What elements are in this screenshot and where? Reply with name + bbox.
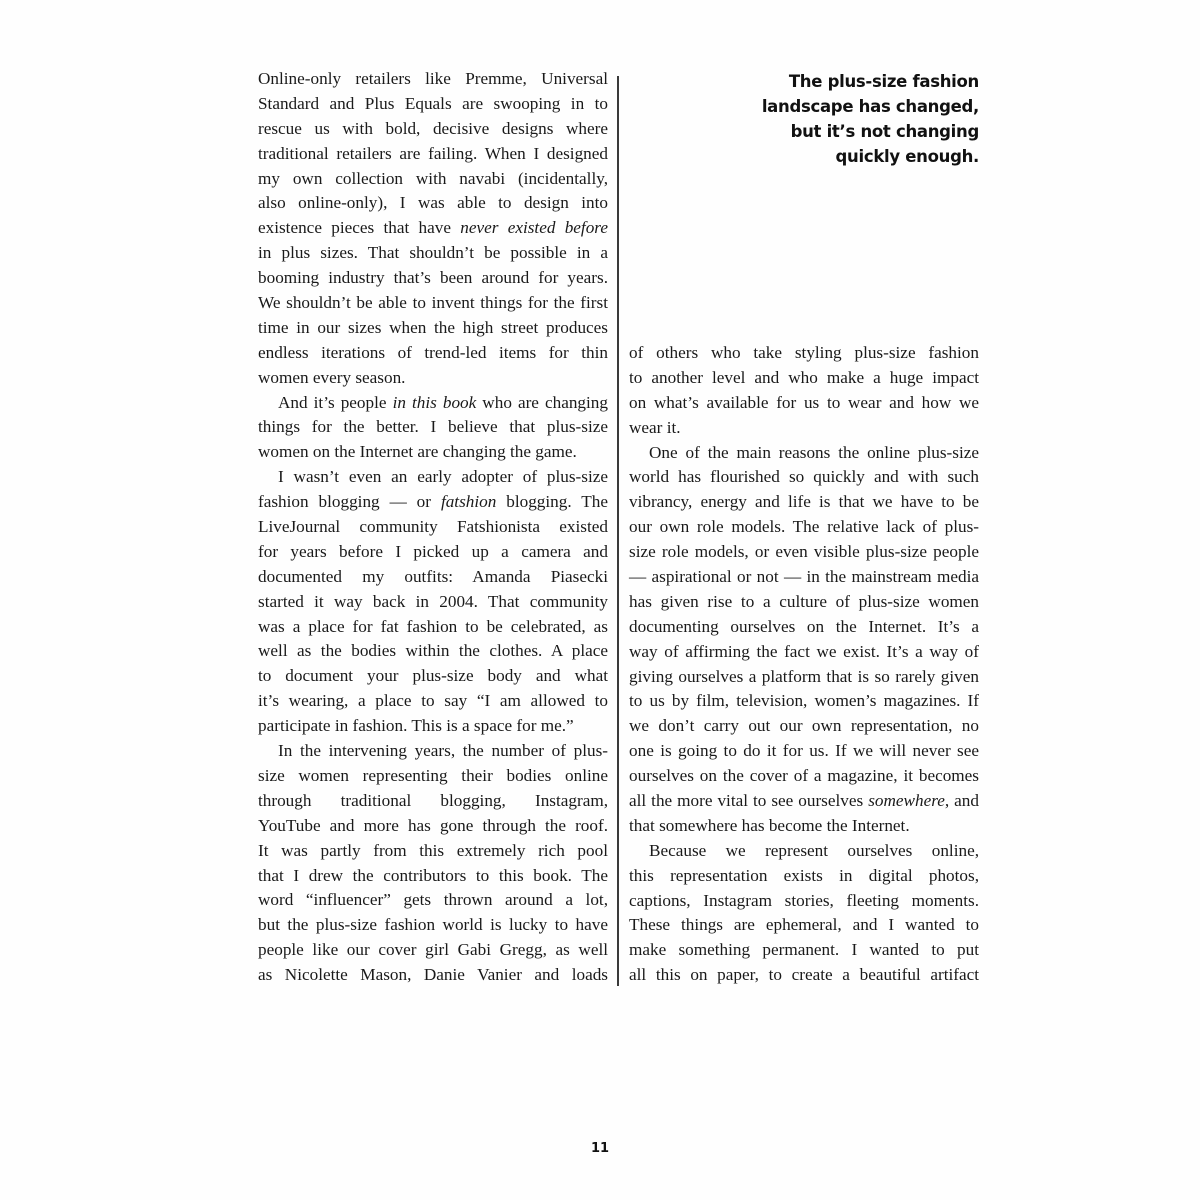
pull-quote-line: landscape has changed, xyxy=(719,94,979,119)
text-line: captions, Instagram stories, fleeting mo… xyxy=(629,889,979,914)
text-run: existence pieces that have xyxy=(258,218,460,237)
text-line: one is going to do it for us. If we will… xyxy=(629,739,979,764)
pull-quote: The plus-size fashion landscape has chan… xyxy=(719,69,979,169)
text-line: endless iterations of trend-led items fo… xyxy=(258,341,608,366)
text-line: fashion blogging — or fatshion blogging.… xyxy=(258,490,608,515)
text-line: it’s wearing, a place to say “I am allow… xyxy=(258,689,608,714)
text-line: Online-only retailers like Premme, Unive… xyxy=(258,67,608,92)
text-line: to us by film, television, women’s magaz… xyxy=(629,689,979,714)
text-line: also online-only), I was able to design … xyxy=(258,191,608,216)
text-line: We shouldn’t be able to invent things fo… xyxy=(258,291,608,316)
text-line: time in our sizes when the high street p… xyxy=(258,316,608,341)
pull-quote-line: The plus-size fashion xyxy=(719,69,979,94)
text-line: Because we represent ourselves online, xyxy=(629,839,979,864)
text-run: , and xyxy=(945,791,979,810)
text-line: world has flourished so quickly and with… xyxy=(629,465,979,490)
text-run: blogging. The xyxy=(496,492,608,511)
text-line: YouTube and more has gone through the ro… xyxy=(258,814,608,839)
text-line: I wasn’t even an early adopter of plus-s… xyxy=(258,465,608,490)
text-line: women every season. xyxy=(258,366,608,391)
text-line: way of affirming the fact we exist. It’s… xyxy=(629,640,979,665)
text-line: word “influencer” gets thrown around a l… xyxy=(258,888,608,913)
text-line: rescue us with bold, decisive designs wh… xyxy=(258,117,608,142)
text-line: existence pieces that have never existed… xyxy=(258,216,608,241)
italic-emphasis: fatshion xyxy=(441,492,496,511)
text-line: all the more vital to see ourselves some… xyxy=(629,789,979,814)
text-line: on what’s available for us to wear and h… xyxy=(629,391,979,416)
text-line: LiveJournal community Fatshionista exist… xyxy=(258,515,608,540)
text-line: things for the better. I believe that pl… xyxy=(258,415,608,440)
text-line: to document your plus-size body and what xyxy=(258,664,608,689)
text-run: all the more vital to see ourselves xyxy=(629,791,868,810)
text-line: vibrancy, energy and life is that we hav… xyxy=(629,490,979,515)
text-line: this representation exists in digital ph… xyxy=(629,864,979,889)
text-line: through traditional blogging, Instagram, xyxy=(258,789,608,814)
text-line: One of the main reasons the online plus-… xyxy=(629,441,979,466)
text-line: In the intervening years, the number of … xyxy=(258,739,608,764)
pull-quote-line: but it’s not changing xyxy=(719,119,979,144)
text-line: ourselves on the cover of a magazine, it… xyxy=(629,764,979,789)
text-line: well as the bodies within the clothes. A… xyxy=(258,639,608,664)
pull-quote-line: quickly enough. xyxy=(719,144,979,169)
text-line: people like our cover girl Gabi Gregg, a… xyxy=(258,938,608,963)
text-run: who are changing xyxy=(476,393,608,412)
text-run: And it’s people xyxy=(278,393,393,412)
text-line: started it way back in 2004. That commun… xyxy=(258,590,608,615)
text-line: has given rise to a culture of plus-size… xyxy=(629,590,979,615)
text-line: to another level and who make a huge imp… xyxy=(629,366,979,391)
text-run: fashion blogging — or xyxy=(258,492,441,511)
text-line: make something permanent. I wanted to pu… xyxy=(629,938,979,963)
text-line: These things are ephemeral, and I wanted… xyxy=(629,913,979,938)
text-line: documenting ourselves on the Internet. I… xyxy=(629,615,979,640)
text-line: that somewhere has become the Internet. xyxy=(629,814,979,839)
text-line: as Nicolette Mason, Danie Vanier and loa… xyxy=(258,963,608,988)
italic-emphasis: never existed before xyxy=(460,218,608,237)
text-line: size women representing their bodies onl… xyxy=(258,764,608,789)
right-text-column: of others who take styling plus-size fas… xyxy=(629,341,979,988)
column-divider-rule xyxy=(617,76,619,986)
text-line: traditional retailers are failing. When … xyxy=(258,142,608,167)
book-page: Online-only retailers like Premme, Unive… xyxy=(0,0,1200,1200)
text-line: documented my outfits: Amanda Piasecki xyxy=(258,565,608,590)
text-line: of others who take styling plus-size fas… xyxy=(629,341,979,366)
text-line: that I drew the contributors to this boo… xyxy=(258,864,608,889)
italic-emphasis: somewhere xyxy=(868,791,945,810)
text-line: booming industry that’s been around for … xyxy=(258,266,608,291)
text-line: all this on paper, to create a beautiful… xyxy=(629,963,979,988)
text-line: was a place for fat fashion to be celebr… xyxy=(258,615,608,640)
text-line: size role models, or even visible plus-s… xyxy=(629,540,979,565)
text-line: in plus sizes. That shouldn’t be possibl… xyxy=(258,241,608,266)
text-line: It was partly from this extremely rich p… xyxy=(258,839,608,864)
text-line: but the plus-size fashion world is lucky… xyxy=(258,913,608,938)
text-line: my own collection with navabi (incidenta… xyxy=(258,167,608,192)
text-line: Standard and Plus Equals are swooping in… xyxy=(258,92,608,117)
text-line: women on the Internet are changing the g… xyxy=(258,440,608,465)
text-line: we don’t carry out our own representatio… xyxy=(629,714,979,739)
text-line: for years before I picked up a camera an… xyxy=(258,540,608,565)
text-line: wear it. xyxy=(629,416,979,441)
text-line: — aspirational or not — in the mainstrea… xyxy=(629,565,979,590)
text-line: giving ourselves a platform that is so r… xyxy=(629,665,979,690)
text-line: participate in fashion. This is a space … xyxy=(258,714,608,739)
text-line: And it’s people in this book who are cha… xyxy=(258,391,608,416)
left-text-column: Online-only retailers like Premme, Unive… xyxy=(258,67,608,988)
text-line: our own role models. The relative lack o… xyxy=(629,515,979,540)
page-number: 11 xyxy=(0,1141,1200,1156)
italic-emphasis: in this book xyxy=(393,393,477,412)
